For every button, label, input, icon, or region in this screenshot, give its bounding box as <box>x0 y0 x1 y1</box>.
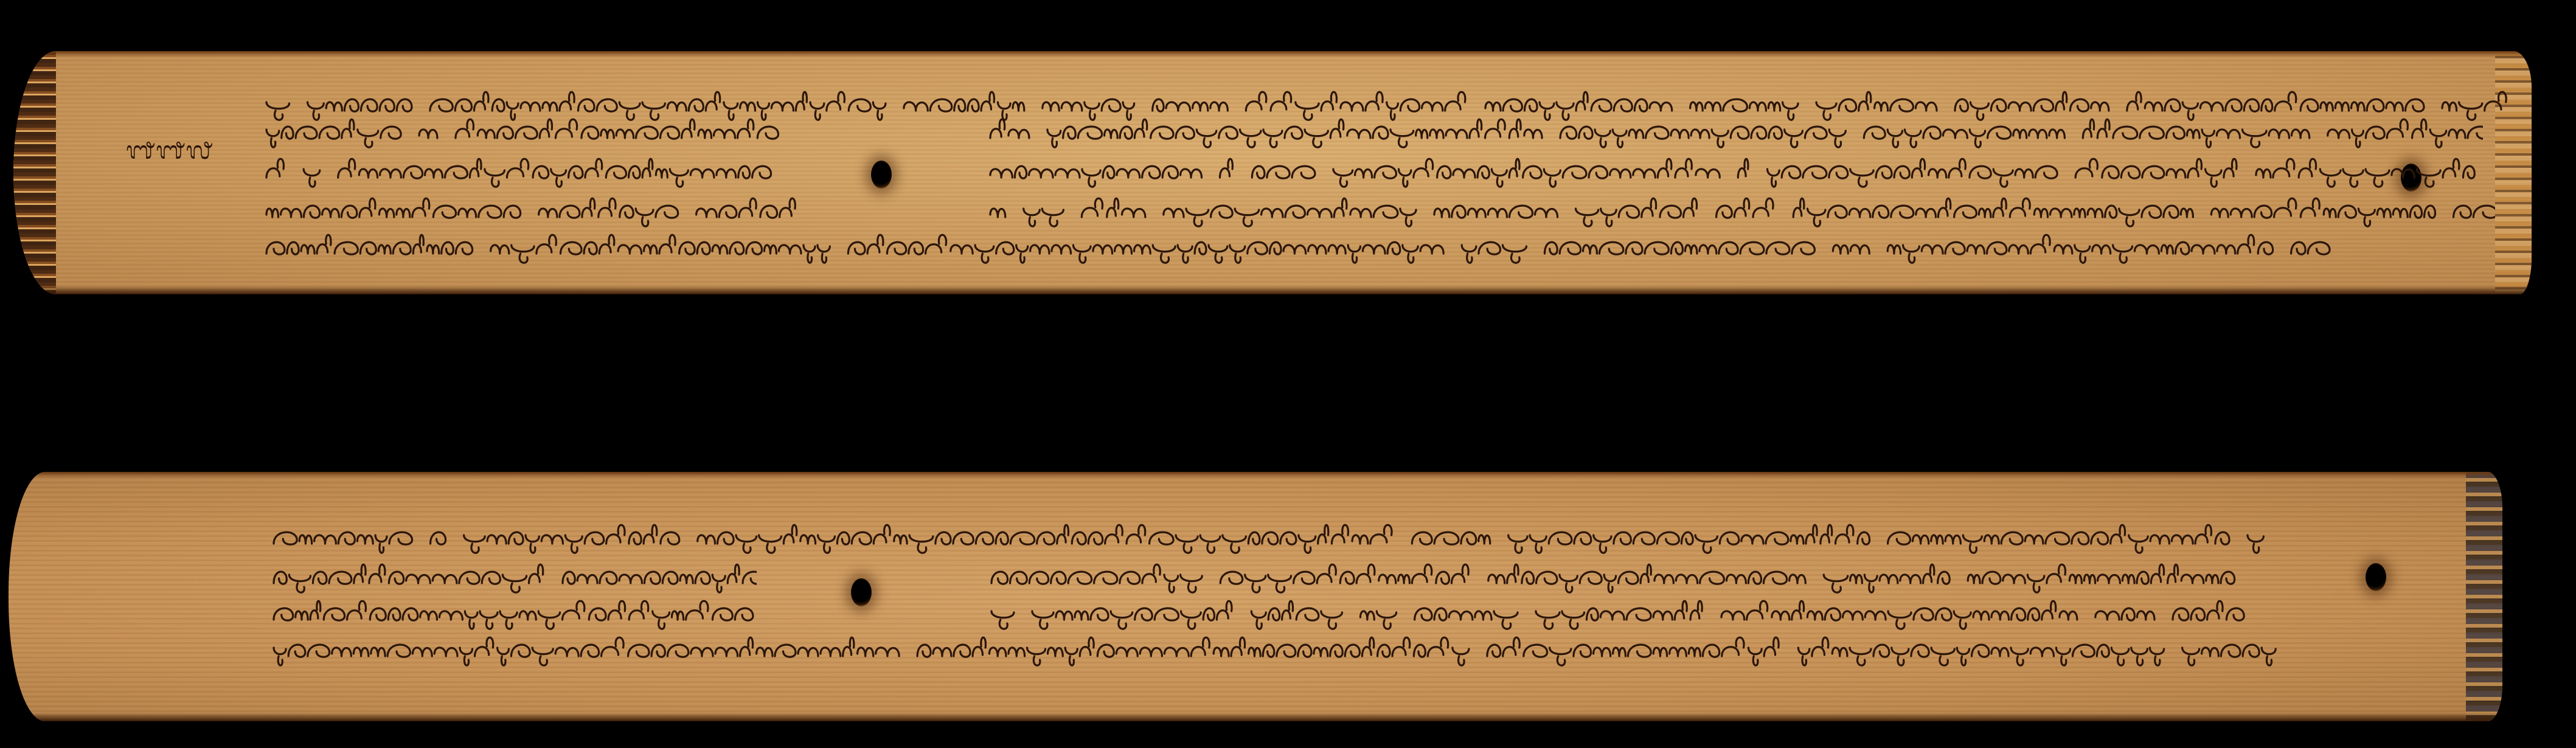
script-line <box>263 194 798 230</box>
folio-number: ᭑᭑᭗ <box>126 133 214 177</box>
script-line <box>263 115 792 151</box>
script-line <box>987 154 2483 191</box>
burnt-edge-left <box>13 51 56 294</box>
palm-leaf-top: ᭑᭑᭗ <box>13 51 2532 294</box>
script-line <box>270 597 757 633</box>
script-line <box>270 521 2265 557</box>
leaf-edge-top <box>9 472 2502 478</box>
worn-edge-right <box>2466 472 2502 721</box>
script-line <box>263 154 798 191</box>
script-line <box>263 230 2343 267</box>
script-line <box>270 560 757 597</box>
script-line <box>988 560 2247 597</box>
script-line <box>987 194 2495 230</box>
script-line <box>270 633 2277 670</box>
leaf-edge-bottom <box>9 713 2502 721</box>
binding-hole-right <box>2366 563 2386 591</box>
binding-hole-left <box>871 161 892 189</box>
script-line <box>988 597 2259 633</box>
script-line <box>987 115 2483 151</box>
leaf-edge-bottom <box>13 286 2532 294</box>
binding-hole-left <box>851 578 872 606</box>
palm-leaf-bottom <box>9 472 2502 721</box>
leaf-edge-top <box>13 51 2532 57</box>
